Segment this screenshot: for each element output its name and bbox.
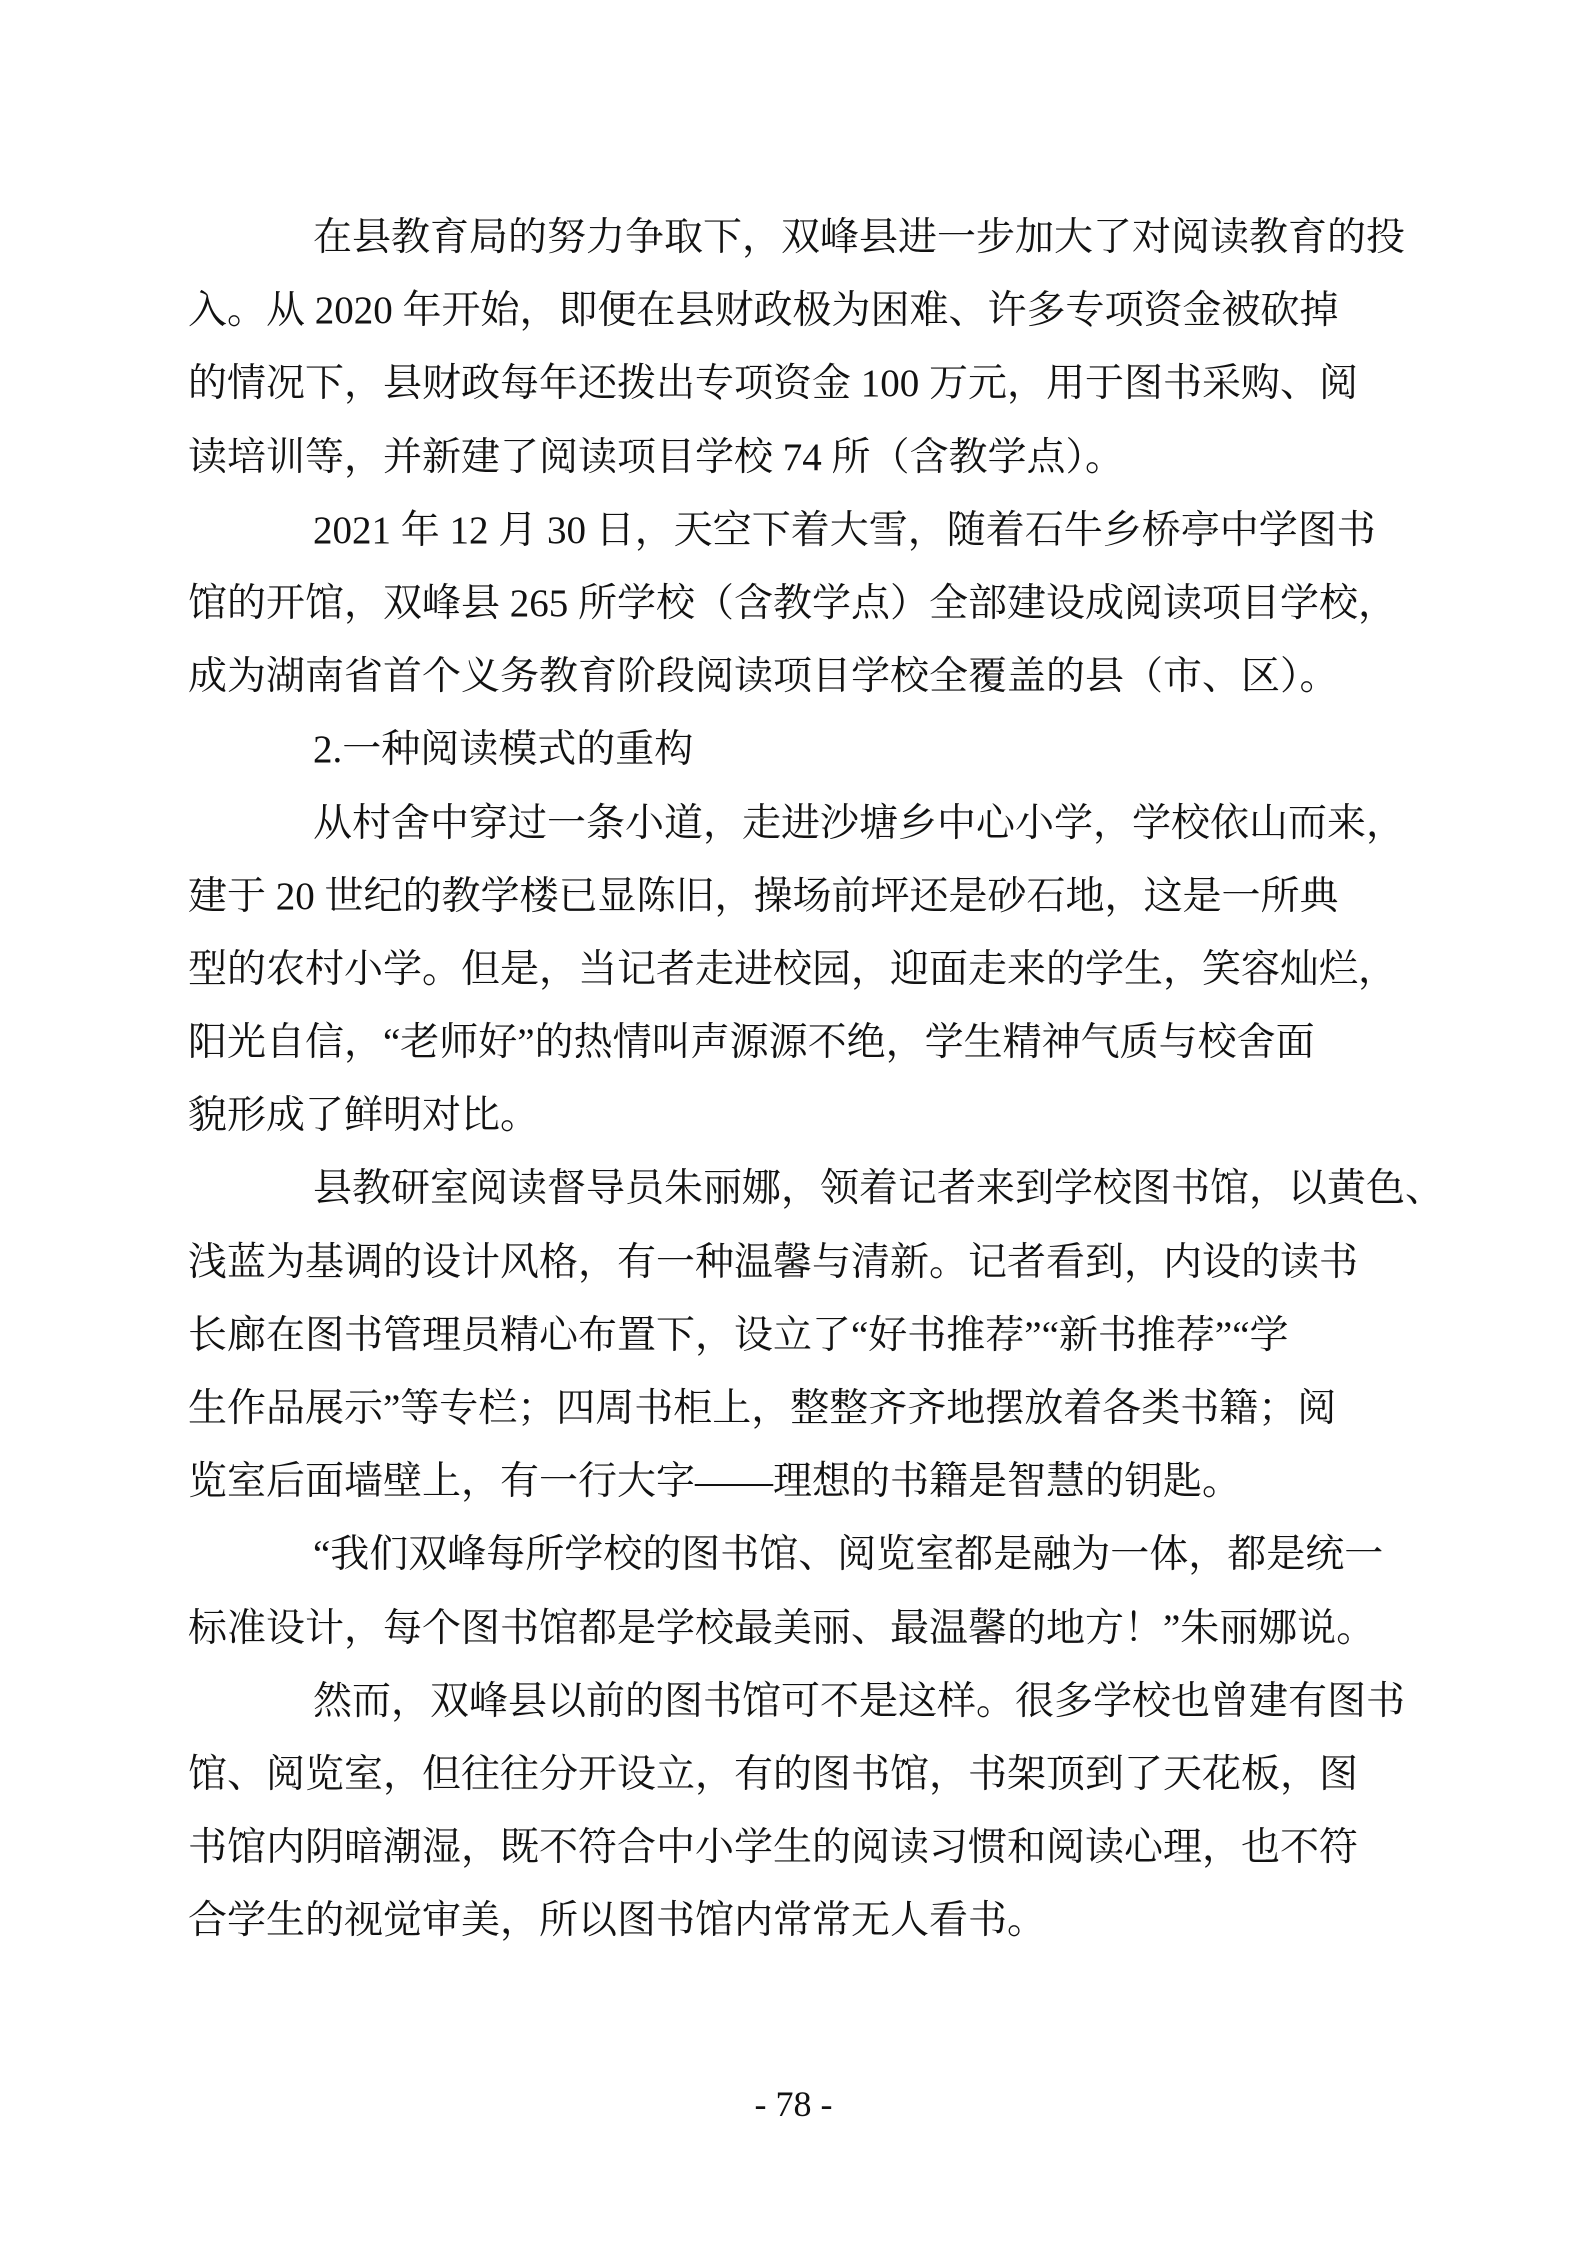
text-line: 2021 年 12 月 30 日，天空下着大雪，随着石牛乡桥亭中学图书 — [188, 494, 1480, 567]
text-line: “我们双峰每所学校的图书馆、阅览室都是融为一体，都是统一 — [188, 1518, 1480, 1591]
text-line: 读培训等，并新建了阅读项目学校 74 所（含教学点）。 — [188, 421, 1480, 494]
paragraph: 在县教育局的努力争取下，双峰县进一步加大了对阅读教育的投 入。从 2020 年开… — [188, 201, 1480, 494]
paragraph: 2021 年 12 月 30 日，天空下着大雪，随着石牛乡桥亭中学图书 馆的开馆… — [188, 494, 1480, 714]
text-line: 貌形成了鲜明对比。 — [188, 1079, 1480, 1152]
text-line: 馆、阅览室，但往往分开设立，有的图书馆，书架顶到了天花板，图 — [188, 1738, 1480, 1811]
text-line: 入。从 2020 年开始，即便在县财政极为困难、许多专项资金被砍掉 — [188, 274, 1480, 347]
text-line: 成为湖南省首个义务教育阶段阅读项目学校全覆盖的县（市、区）。 — [188, 640, 1480, 713]
text-line: 型的农村小学。但是，当记者走进校园，迎面走来的学生，笑容灿烂， — [188, 933, 1480, 1006]
text-line: 县教研室阅读督导员朱丽娜，领着记者来到学校图书馆，以黄色、 — [188, 1152, 1480, 1225]
text-line: 书馆内阴暗潮湿，既不符合中小学生的阅读习惯和阅读心理，也不符 — [188, 1811, 1480, 1884]
paragraph: 县教研室阅读督导员朱丽娜，领着记者来到学校图书馆，以黄色、 浅蓝为基调的设计风格… — [188, 1152, 1480, 1518]
text-line: 标准设计，每个图书馆都是学校最美丽、最温馨的地方！”朱丽娜说。 — [188, 1592, 1480, 1665]
text-line: 的情况下，县财政每年还拨出专项资金 100 万元，用于图书采购、阅 — [188, 347, 1480, 420]
paragraph: “我们双峰每所学校的图书馆、阅览室都是融为一体，都是统一 标准设计，每个图书馆都… — [188, 1518, 1480, 1664]
text-line: 合学生的视觉审美，所以图书馆内常常无人看书。 — [188, 1884, 1480, 1957]
text-line: 生作品展示”等专栏；四周书柜上，整整齐齐地摆放着各类书籍；阅 — [188, 1372, 1480, 1445]
text-line: 建于 20 世纪的教学楼已显陈旧，操场前坪还是砂石地，这是一所典 — [188, 860, 1480, 933]
text-line: 览室后面墙壁上，有一行大字——理想的书籍是智慧的钥匙。 — [188, 1445, 1480, 1518]
text-line: 浅蓝为基调的设计风格，有一种温馨与清新。记者看到，内设的读书 — [188, 1226, 1480, 1299]
text-line: 阳光自信，“老师好”的热情叫声源源不绝，学生精神气质与校舍面 — [188, 1006, 1480, 1079]
text-line: 长廊在图书管理员精心布置下，设立了“好书推荐”“新书推荐”“学 — [188, 1299, 1480, 1372]
text-line: 然而，双峰县以前的图书馆可不是这样。很多学校也曾建有图书 — [188, 1665, 1480, 1738]
paragraph: 从村舍中穿过一条小道，走进沙塘乡中心小学，学校依山而来， 建于 20 世纪的教学… — [188, 787, 1480, 1153]
page-number: - 78 - — [0, 2082, 1587, 2126]
paragraph: 然而，双峰县以前的图书馆可不是这样。很多学校也曾建有图书 馆、阅览室，但往往分开… — [188, 1665, 1480, 1958]
section-heading: 2.一种阅读模式的重构 — [188, 713, 1480, 786]
paragraph-heading: 2.一种阅读模式的重构 — [188, 713, 1480, 786]
text-line: 在县教育局的努力争取下，双峰县进一步加大了对阅读教育的投 — [188, 201, 1480, 274]
page-body-text: 在县教育局的努力争取下，双峰县进一步加大了对阅读教育的投 入。从 2020 年开… — [188, 201, 1480, 1958]
document-page: 在县教育局的努力争取下，双峰县进一步加大了对阅读教育的投 入。从 2020 年开… — [0, 0, 1587, 2245]
text-line: 馆的开馆，双峰县 265 所学校（含教学点）全部建设成阅读项目学校， — [188, 567, 1480, 640]
text-line: 从村舍中穿过一条小道，走进沙塘乡中心小学，学校依山而来， — [188, 787, 1480, 860]
